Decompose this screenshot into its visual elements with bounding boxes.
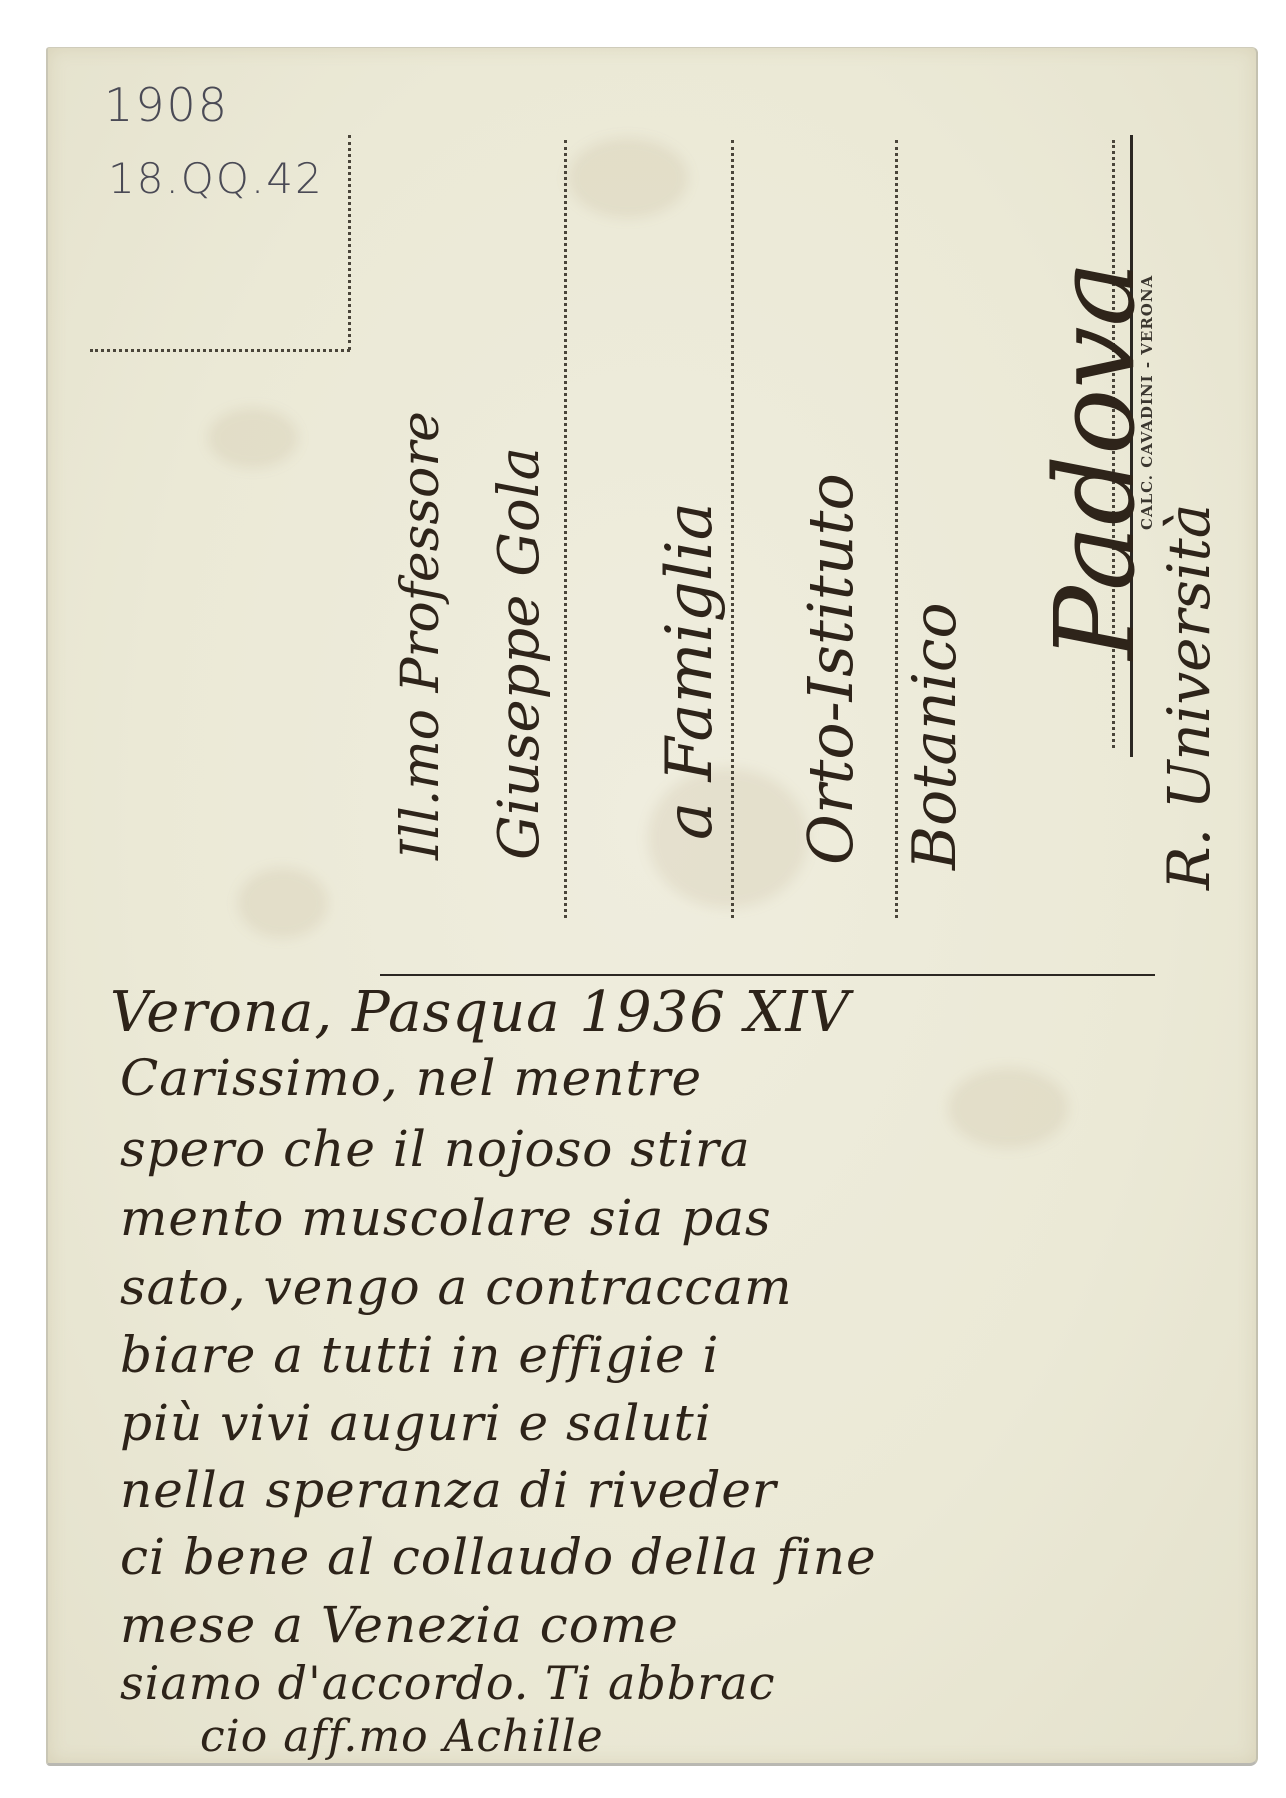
message-line: ci bene al collaudo della fine [120, 1532, 877, 1582]
stain [568, 138, 688, 218]
address-rule [564, 140, 567, 918]
stain [948, 1068, 1068, 1148]
stamp-box-border [348, 135, 351, 350]
message-line: mento muscolare sia pas [120, 1193, 772, 1243]
message-line: siamo d'accordo. Ti abbrac [120, 1660, 776, 1706]
archive-catalog-number: 18.QQ.42 [108, 158, 324, 200]
message-divider-line [380, 974, 1155, 976]
archive-year: 1908 [104, 82, 229, 128]
message-line: più vivi auguri e saluti [120, 1398, 712, 1448]
message-line: biare a tutti in effigie i [120, 1330, 719, 1380]
address-line: Giuseppe Gola [492, 447, 548, 860]
message-line: mese a Venezia come [120, 1600, 679, 1650]
message-line: Carissimo, nel mentre [120, 1053, 702, 1103]
message-signature: cio aff.mo Achille [200, 1715, 604, 1759]
address-line: Ill.mo Professore [395, 411, 447, 860]
address-line: Botanico [905, 602, 965, 870]
stain [208, 408, 298, 468]
address-rule [895, 140, 898, 918]
address-rule [731, 140, 734, 918]
address-line: Padova [1040, 261, 1150, 660]
stain [238, 868, 328, 938]
address-line: Orto-Istituto [800, 473, 862, 865]
message-line: nella speranza di riveder [120, 1465, 777, 1515]
message-line: sato, vengo a contraccam [120, 1262, 793, 1312]
stamp-box-border [90, 349, 350, 352]
message-line: Verona, Pasqua 1936 XIV [110, 985, 850, 1041]
address-line: R. Università [1160, 504, 1218, 890]
address-line: a Famiglia [658, 502, 722, 840]
message-line: spero che il nojoso stira [120, 1124, 751, 1174]
